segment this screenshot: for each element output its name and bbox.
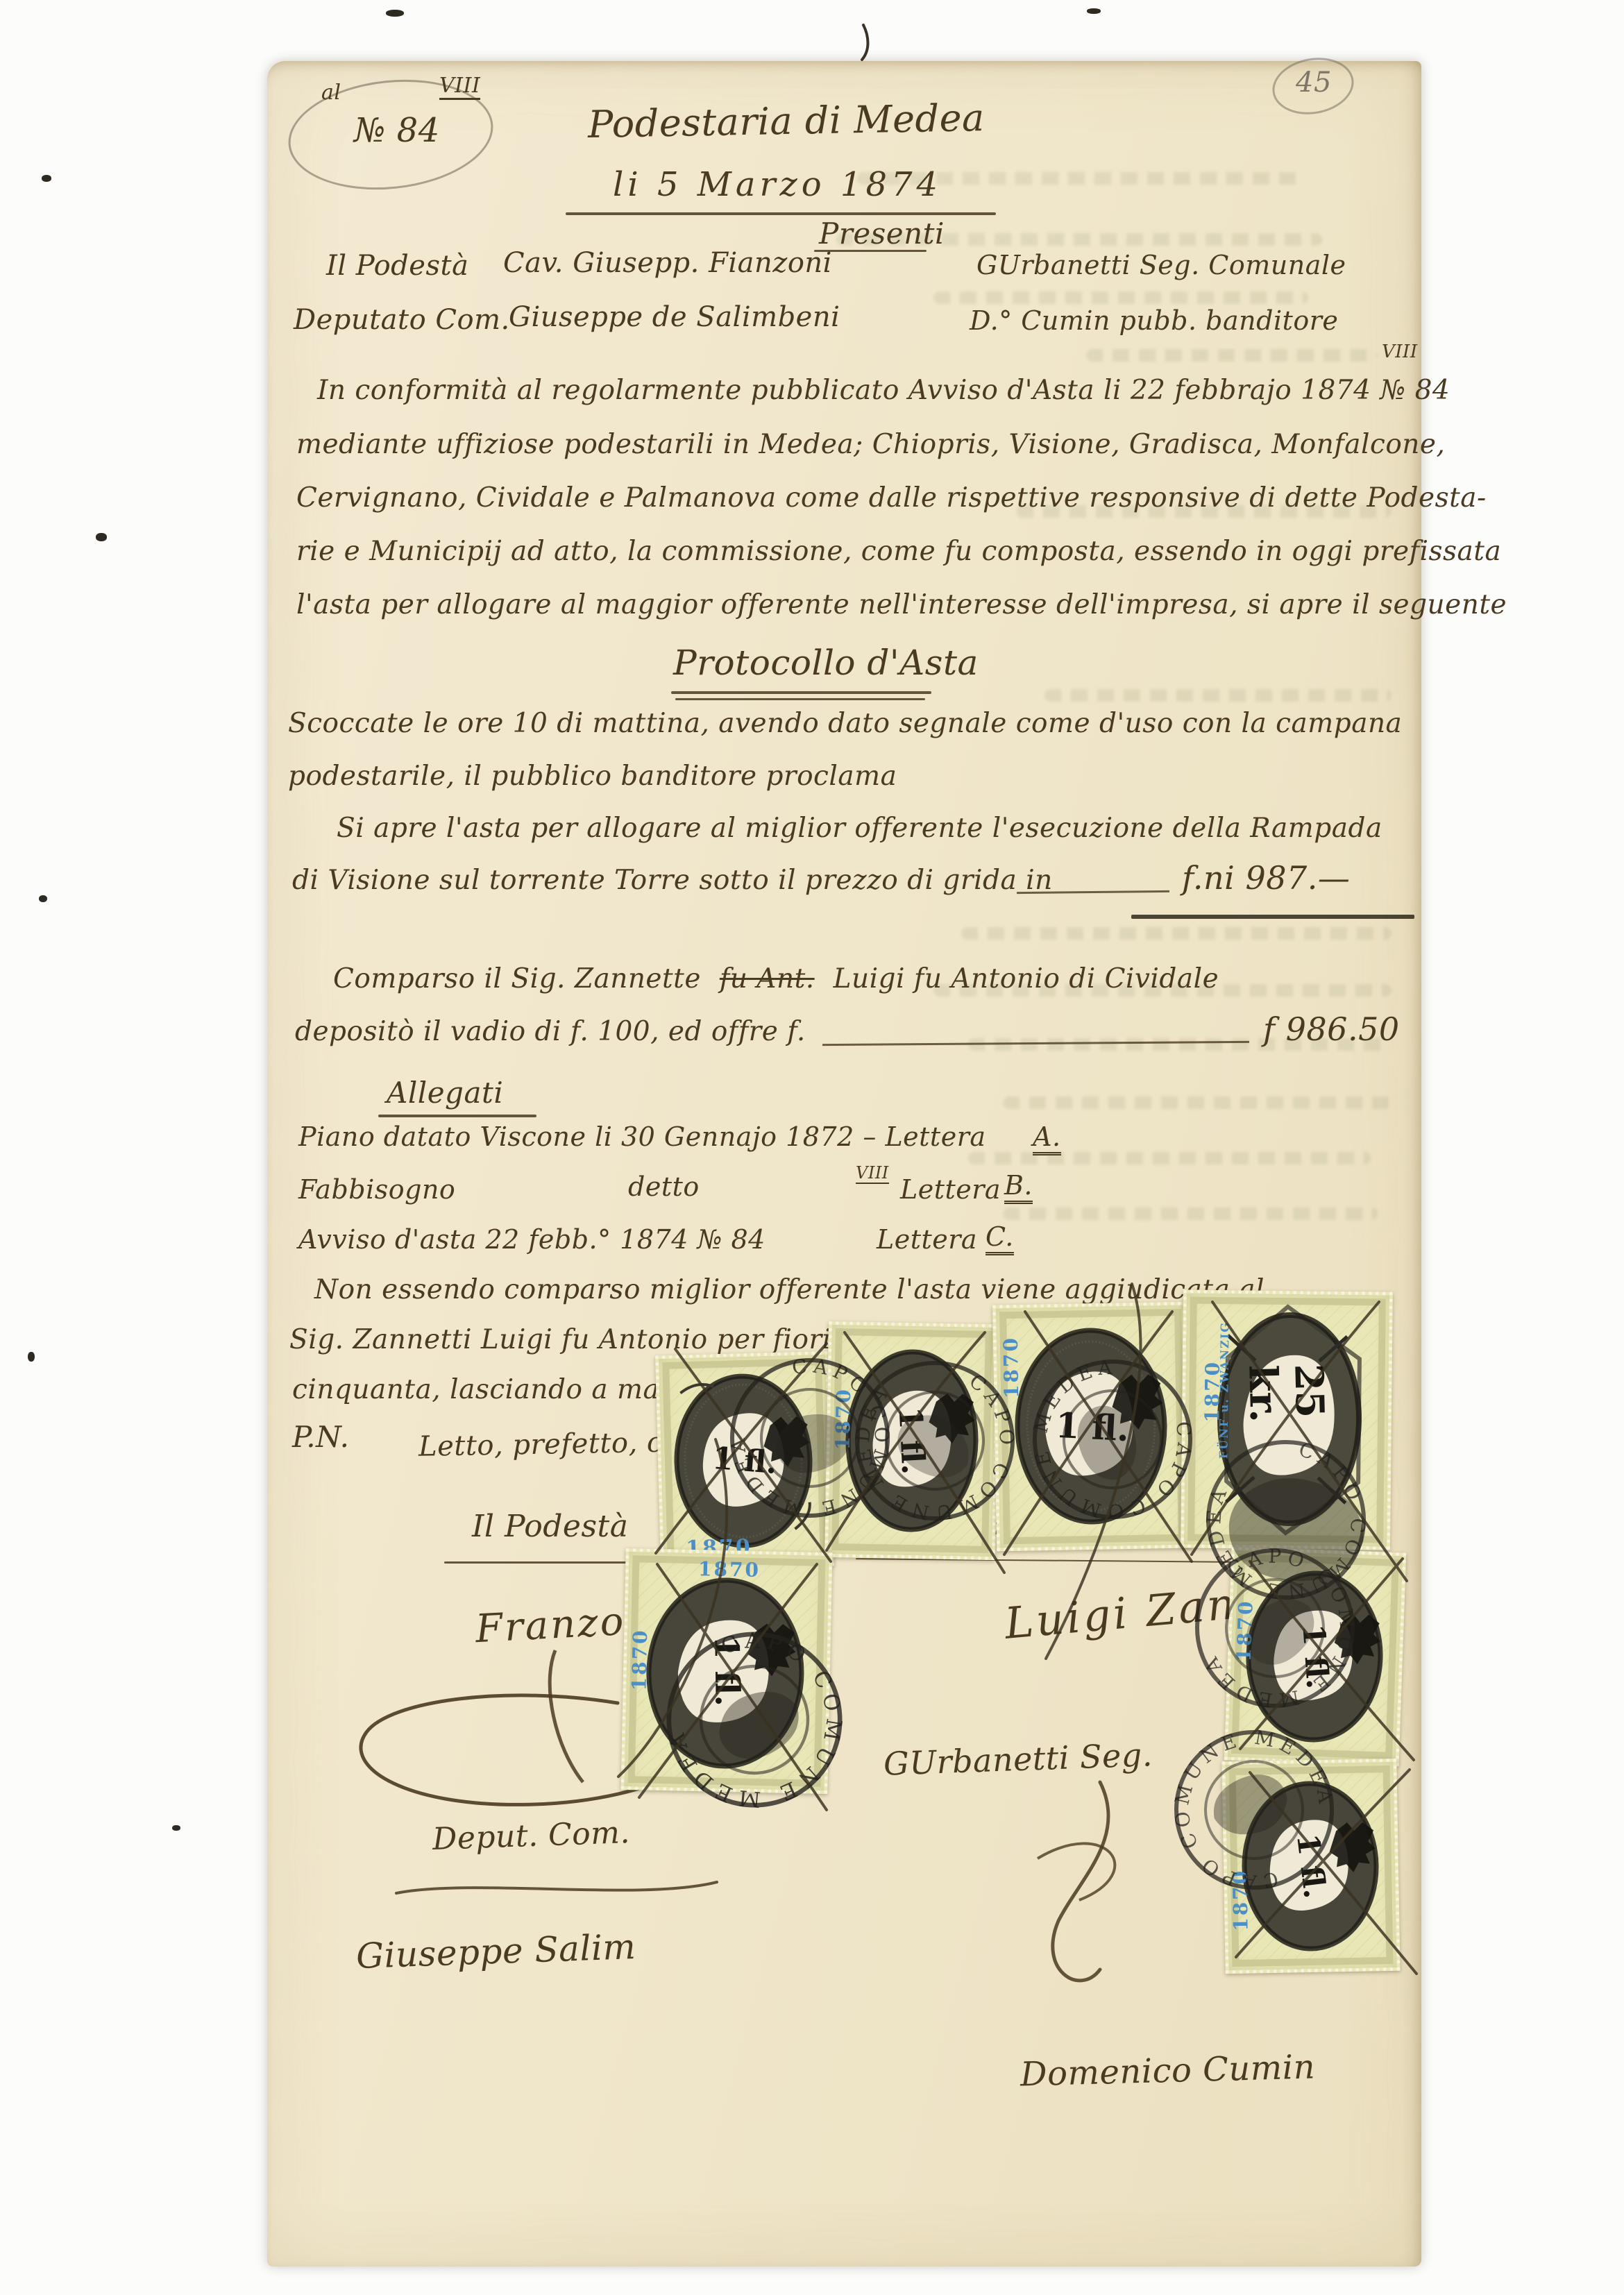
- office-title: Podestaria di Medea: [587, 96, 985, 146]
- allegato-2-letter: B.: [1004, 1170, 1033, 1204]
- scan-speck: [96, 533, 107, 541]
- bleed-through: [968, 1152, 1371, 1165]
- adjudication-pn: P.N.: [292, 1420, 350, 1454]
- registry-roman: VIII: [439, 74, 480, 100]
- allegato-2-text: Fabbisogno: [298, 1174, 455, 1205]
- allegato-2-roman: VIII: [856, 1163, 889, 1184]
- scan-speck: [42, 175, 51, 182]
- bleed-through: [1086, 349, 1378, 362]
- scan-speck: [39, 895, 47, 902]
- opening-amount: f.ni 987.—: [1182, 859, 1350, 897]
- bid-struck: fu Ant.: [720, 963, 815, 994]
- stamp-year: 1870: [698, 1557, 761, 1582]
- protocol-underline-2: [675, 698, 925, 700]
- allegato-2-label: Lettera: [900, 1174, 1001, 1205]
- signature-role-podesta: Il Podestà: [472, 1509, 628, 1544]
- margin-roman: VIII: [1382, 341, 1418, 362]
- allegato-3-text: Avviso d'asta 22 febb.° 1874 № 84: [298, 1224, 766, 1255]
- signature-banditore: Domenico Cumin: [1020, 2047, 1315, 2094]
- registry-number: № 84: [354, 111, 440, 150]
- intro-line-1: In conformità al regolarmente pubblicato…: [317, 375, 1450, 406]
- allegato-2-detto: detto: [628, 1171, 700, 1202]
- date-line: li 5 Marzo 1874: [613, 165, 942, 204]
- bleed-through: [933, 291, 1308, 304]
- intro-line-5: l'asta per allogare al maggior offerente…: [296, 589, 1507, 620]
- bleed-through: [1044, 689, 1392, 702]
- deputato-flourish: [391, 1874, 724, 1904]
- ink-trial-mark: [859, 24, 876, 62]
- adjudication-line-1: Non essendo comparso miglior offerente l…: [314, 1274, 1264, 1305]
- attendee-left-role-1: Il Podestà: [326, 250, 468, 282]
- scan-speck: [172, 1825, 180, 1831]
- bid-line-2: depositò il vadio di f. 100, ed offre f.: [295, 1016, 806, 1047]
- allegato-3-label: Lettera: [877, 1224, 977, 1255]
- bleed-through: [1003, 1096, 1392, 1109]
- intro-line-3: Cervignano, Cividale e Palmanova come da…: [296, 482, 1487, 514]
- bid-post: Luigi fu Antonio di Cividale: [834, 963, 1219, 994]
- allegati-heading: Allegati: [387, 1076, 503, 1110]
- allegato-1: Piano datato Viscone li 30 Gennajo 1872 …: [298, 1121, 1061, 1152]
- registry-prefix: al: [321, 81, 341, 105]
- protocol-line-2: podestarile, il pubblico banditore procl…: [288, 761, 897, 792]
- attendee-right-2: D.° Cumin pubb. banditore: [970, 305, 1338, 336]
- intro-line-2: mediante uffiziose podestarili in Medea;…: [296, 429, 1445, 460]
- signature-deputato: Giuseppe Salim: [355, 1926, 636, 1976]
- allegati-underline: [378, 1115, 536, 1117]
- present-label: Presenti: [819, 217, 945, 251]
- scan-speck: [28, 1352, 35, 1362]
- allegato-1-letter: A.: [1033, 1121, 1061, 1155]
- bid-line-1: Comparso il Sig. Zannette fu Ant. Luigi …: [333, 963, 1219, 994]
- document-page: al VIII № 84 45 Podestaria di Medea li 5…: [267, 61, 1421, 2267]
- scan-speck: [1087, 8, 1101, 14]
- opening-line-2: di Visione sul torrente Torre sotto il p…: [292, 865, 1053, 896]
- scanned-document: al VIII № 84 45 Podestaria di Medea li 5…: [0, 0, 1624, 2295]
- scan-speck: [386, 10, 404, 17]
- opening-line-1: Si apre l'asta per allogare al miglior o…: [337, 813, 1382, 844]
- bleed-through: [961, 927, 1392, 940]
- attendee-left-role-2: Deputato Com.: [294, 304, 510, 336]
- attendee-left-name-1: Cav. Giusepp. Fianzoni: [503, 247, 832, 279]
- page-number-pencil: 45: [1296, 67, 1332, 99]
- attendee-left-name-2: Giuseppe de Salimbeni: [509, 301, 840, 333]
- protocol-heading: Protocollo d'Asta: [673, 643, 979, 683]
- protocol-underline-1: [671, 691, 931, 694]
- allegato-3-letter: C.: [986, 1221, 1014, 1255]
- attendee-right-1: GUrbanetti Seg. Comunale: [976, 250, 1346, 280]
- intro-line-4: rie e Municipij ad atto, la commissione,…: [296, 536, 1501, 567]
- protocol-line-1: Scoccate le ore 10 di mattina, avendo da…: [288, 708, 1402, 739]
- amount-rule: [1131, 915, 1414, 919]
- bleed-through: [1003, 1208, 1378, 1220]
- bid-pre: Comparso il Sig. Zannette: [333, 963, 701, 994]
- secretary-flourish: [996, 1775, 1149, 2004]
- date-underline: [566, 212, 996, 215]
- bid-amount: f 986.50: [1263, 1010, 1400, 1048]
- allegato-1-text: Piano datato Viscone li 30 Gennajo 1872 …: [298, 1121, 986, 1152]
